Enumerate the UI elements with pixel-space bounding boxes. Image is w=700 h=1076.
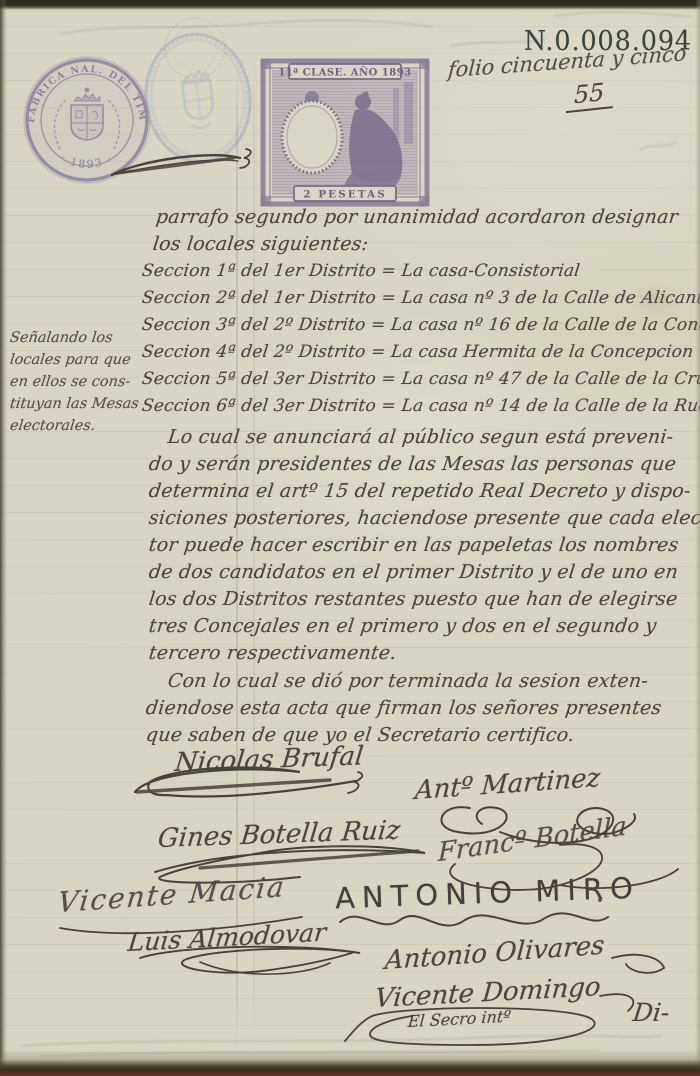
document-page: FABRICA NAL. DEL TIMBRE · 1893 · [0,0,700,1076]
catchword: Di- [631,998,671,1027]
rubric-flourishes [0,0,700,1076]
